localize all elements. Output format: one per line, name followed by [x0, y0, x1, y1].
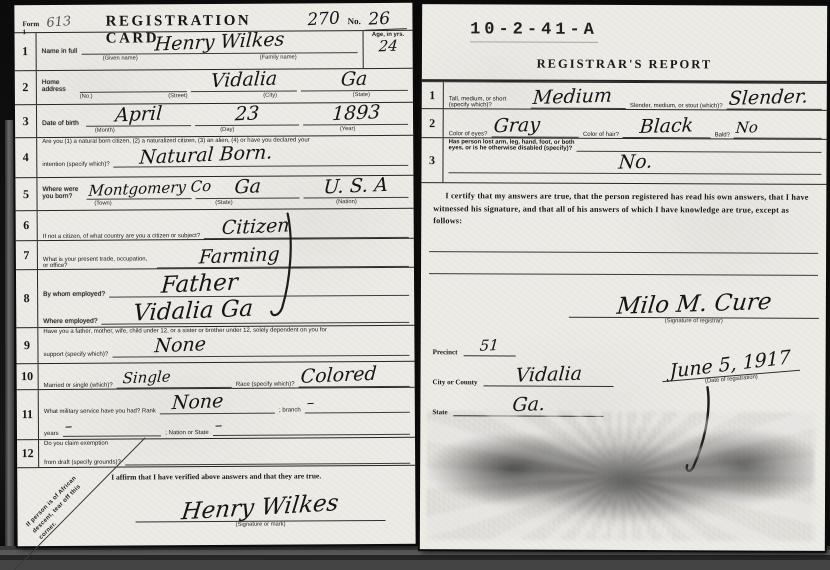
order-number-handwritten: 26 — [364, 8, 406, 31]
field-label-race: Race (specify which)? — [236, 382, 295, 388]
row-number: 6 — [16, 211, 38, 240]
sub-year: (Year) — [340, 126, 356, 132]
certification-blank-line — [429, 230, 818, 254]
field-label-address: Home address — [42, 79, 76, 93]
certification-blank-line — [429, 252, 818, 276]
field-label-by-whom-employed: By whom employed? — [43, 291, 105, 298]
row-number: 11 — [17, 390, 39, 439]
row-dependents: 9 Have you a father, mother, wife, child… — [16, 325, 414, 363]
row-name: 1 Name in full Henry Wilkes (Given name)… — [15, 30, 413, 70]
employed-place-value: Vidalia Ga — [131, 298, 256, 326]
alien-citizenship-value: Citizen — [220, 216, 293, 238]
row-number: 2 — [422, 109, 444, 137]
dependents-value: None — [152, 335, 209, 356]
row-build: 1 Tall, medium, or short (specify which)… — [422, 81, 827, 110]
row-exemption: 12 Do you claim exemption from draft (sp… — [17, 437, 415, 467]
military-rank-value: None — [169, 392, 226, 413]
dob-year-value: 1893 — [329, 103, 383, 124]
field-label-where-employed: Where employed? — [43, 318, 97, 325]
field-label-dependents-q1: Have you a father, mother, wife, child u… — [43, 327, 409, 335]
field-label-dependents-q2: support (specify which)? — [43, 352, 108, 358]
dob-month-value: April — [112, 104, 164, 125]
row-number: 5 — [15, 178, 37, 210]
height-value: Medium — [530, 86, 615, 108]
birthplace-state-value: Ga — [232, 177, 264, 197]
row-military-service: 11 What military service have you had? R… — [17, 387, 415, 439]
city-county-value: Vidalia — [513, 365, 585, 386]
field-label-build: Slender, medium, or stout (which)? — [630, 103, 723, 109]
field-label-eyes: Color of eyes? — [449, 131, 488, 137]
military-branch-value: – — [304, 395, 316, 411]
field-label-disability-q2: eyes, or is he otherwise disabled (speci… — [449, 145, 573, 152]
row-employer: 8 By whom employed? Father Where employe… — [16, 267, 414, 327]
dob-day-value: 23 — [232, 104, 261, 124]
serial-number-handwritten: 270 — [307, 8, 341, 30]
sub-no: (No.) — [80, 94, 93, 100]
registrant-signature: Henry Wilkes — [179, 492, 343, 525]
sub-family-name: (Family name) — [260, 54, 297, 60]
registrar-certification: I certify that my answers are true, that… — [421, 183, 826, 232]
row-number: 2 — [15, 71, 37, 104]
row-home-address: 2 Home address Vidalia Ga (No.) (Street)… — [15, 68, 413, 104]
field-label-married: Married or single (which)? — [44, 383, 113, 389]
precinct-value: 51 — [477, 338, 501, 354]
row-number: 3 — [15, 105, 37, 137]
birthplace-nation-value: U. S. A — [321, 176, 391, 198]
military-years-value: – — [62, 419, 74, 435]
address-state-value: Ga — [339, 69, 371, 89]
sub-nation: (Nation) — [336, 199, 357, 205]
field-label-military-rank: What military service have you had? Rank — [44, 408, 156, 415]
row-birthplace: 5 Where were you born? Montgomery Co Ga … — [15, 175, 413, 210]
registrar-signature-block: Milo M. Cure (Signature of registrar) — [569, 293, 819, 325]
row-citizen-status: 4 Are you (1) a natural born citizen, (2… — [15, 135, 413, 177]
registration-card: Form 1 613 REGISTRATION CARD 270 No. 26 … — [14, 3, 415, 546]
race-value: Colored — [298, 365, 379, 387]
citizen-status-value: Natural Born. — [137, 143, 275, 168]
field-label-military-years: years — [44, 431, 59, 437]
row-occupation: 7 What is your present trade, occupation… — [16, 238, 414, 269]
row-married-race: 10 Married or single (which)? Single Rac… — [17, 361, 415, 389]
field-label-hair: Color of hair? — [583, 132, 619, 138]
row-eyes-hair: 2 Color of eyes? Gray Color of hair? Bla… — [422, 108, 827, 139]
row-number: 4 — [15, 138, 37, 177]
disability-value: No. — [615, 152, 654, 172]
row-number: 1 — [422, 82, 444, 108]
sub-month: (Month) — [95, 128, 115, 134]
field-label-exemption-q2: from draft (specify grounds)? — [44, 460, 121, 466]
sub-town: (Town) — [94, 201, 111, 207]
signature-caption: (Signature or mark) — [136, 521, 386, 529]
registrars-report-card: 10-2-41-A REGISTRAR'S REPORT 1 Tall, med… — [420, 4, 827, 551]
row-number: 9 — [16, 328, 38, 363]
field-label-military-branch: ; branch — [279, 407, 301, 413]
field-label-occupation: What is your present trade, occupation, … — [43, 256, 153, 269]
bald-value: No — [733, 120, 760, 136]
name-value: Henry Wilkes — [152, 30, 287, 55]
ink-smudge-artifact — [428, 411, 815, 541]
registration-card-header: Form 1 613 REGISTRATION CARD 270 No. 26 — [14, 3, 412, 32]
field-label-name: Name in full — [42, 48, 78, 55]
age-box: Age, in yrs. 24 — [363, 31, 413, 68]
field-label-height: Tall, medium, or short (specify which)? — [449, 96, 527, 108]
row-date-of-birth: 3 Date of birth April 23 1893 (Month) (D… — [15, 102, 413, 137]
row-number: 3 — [421, 138, 443, 182]
field-label-citizen-q2: intention (specify which)? — [42, 162, 109, 168]
address-city-value: Vidalia — [208, 69, 280, 91]
military-nation-value: – — [212, 418, 224, 434]
field-label-military-nation: ; Nation or State — [165, 430, 208, 436]
report-title: REGISTRAR'S REPORT — [422, 56, 827, 73]
sub-state2: (State) — [215, 200, 232, 206]
row-number: 10 — [17, 364, 39, 389]
scanner-edge-artifact — [5, 120, 14, 560]
city-county-label: City or County — [433, 378, 478, 386]
row-disability: 3 Has person lost arm, leg, hand, foot, … — [421, 137, 826, 185]
build-value: Slender. — [726, 87, 810, 109]
sub-day: (Day) — [220, 127, 234, 133]
field-label-bald: Bald? — [715, 132, 730, 138]
no-label: No. — [348, 16, 361, 26]
sub-state: (State) — [353, 92, 370, 98]
occupation-value: Farming — [196, 245, 282, 268]
registrant-signature-block: Henry Wilkes (Signature or mark) — [135, 496, 385, 529]
sub-street: (Street) — [168, 93, 187, 99]
registrar-signature-caption: (Signature of registrar) — [569, 318, 819, 325]
row-number: 7 — [16, 241, 38, 269]
registrar-signature: Milo M. Cure — [613, 291, 774, 319]
sub-given-name: (Given name) — [103, 55, 138, 61]
married-value: Single — [120, 369, 173, 386]
scanned-document: Form 1 613 REGISTRATION CARD 270 No. 26 … — [0, 0, 830, 570]
employer-value: Father — [158, 271, 240, 297]
row-number: 12 — [17, 440, 39, 467]
eye-color-value: Gray — [491, 116, 543, 137]
field-label-birthplace: Where were you born? — [42, 186, 82, 200]
row-number: 8 — [16, 270, 38, 327]
hair-color-value: Black — [637, 116, 696, 137]
row-number: 1 — [15, 33, 37, 70]
sub-city: (City) — [263, 93, 277, 99]
precinct-label: Precinct — [433, 348, 458, 356]
field-label-alien: If not a citizen, of what country are yo… — [43, 233, 200, 240]
file-number-stamp: 10-2-41-A — [470, 20, 598, 43]
age-value: 24 — [376, 38, 400, 54]
row-alien-citizenship: 6 If not a citizen, of what country are … — [16, 208, 414, 240]
field-label-dob: Date of birth — [42, 120, 82, 127]
form-number-handwritten: 613 — [46, 14, 72, 31]
